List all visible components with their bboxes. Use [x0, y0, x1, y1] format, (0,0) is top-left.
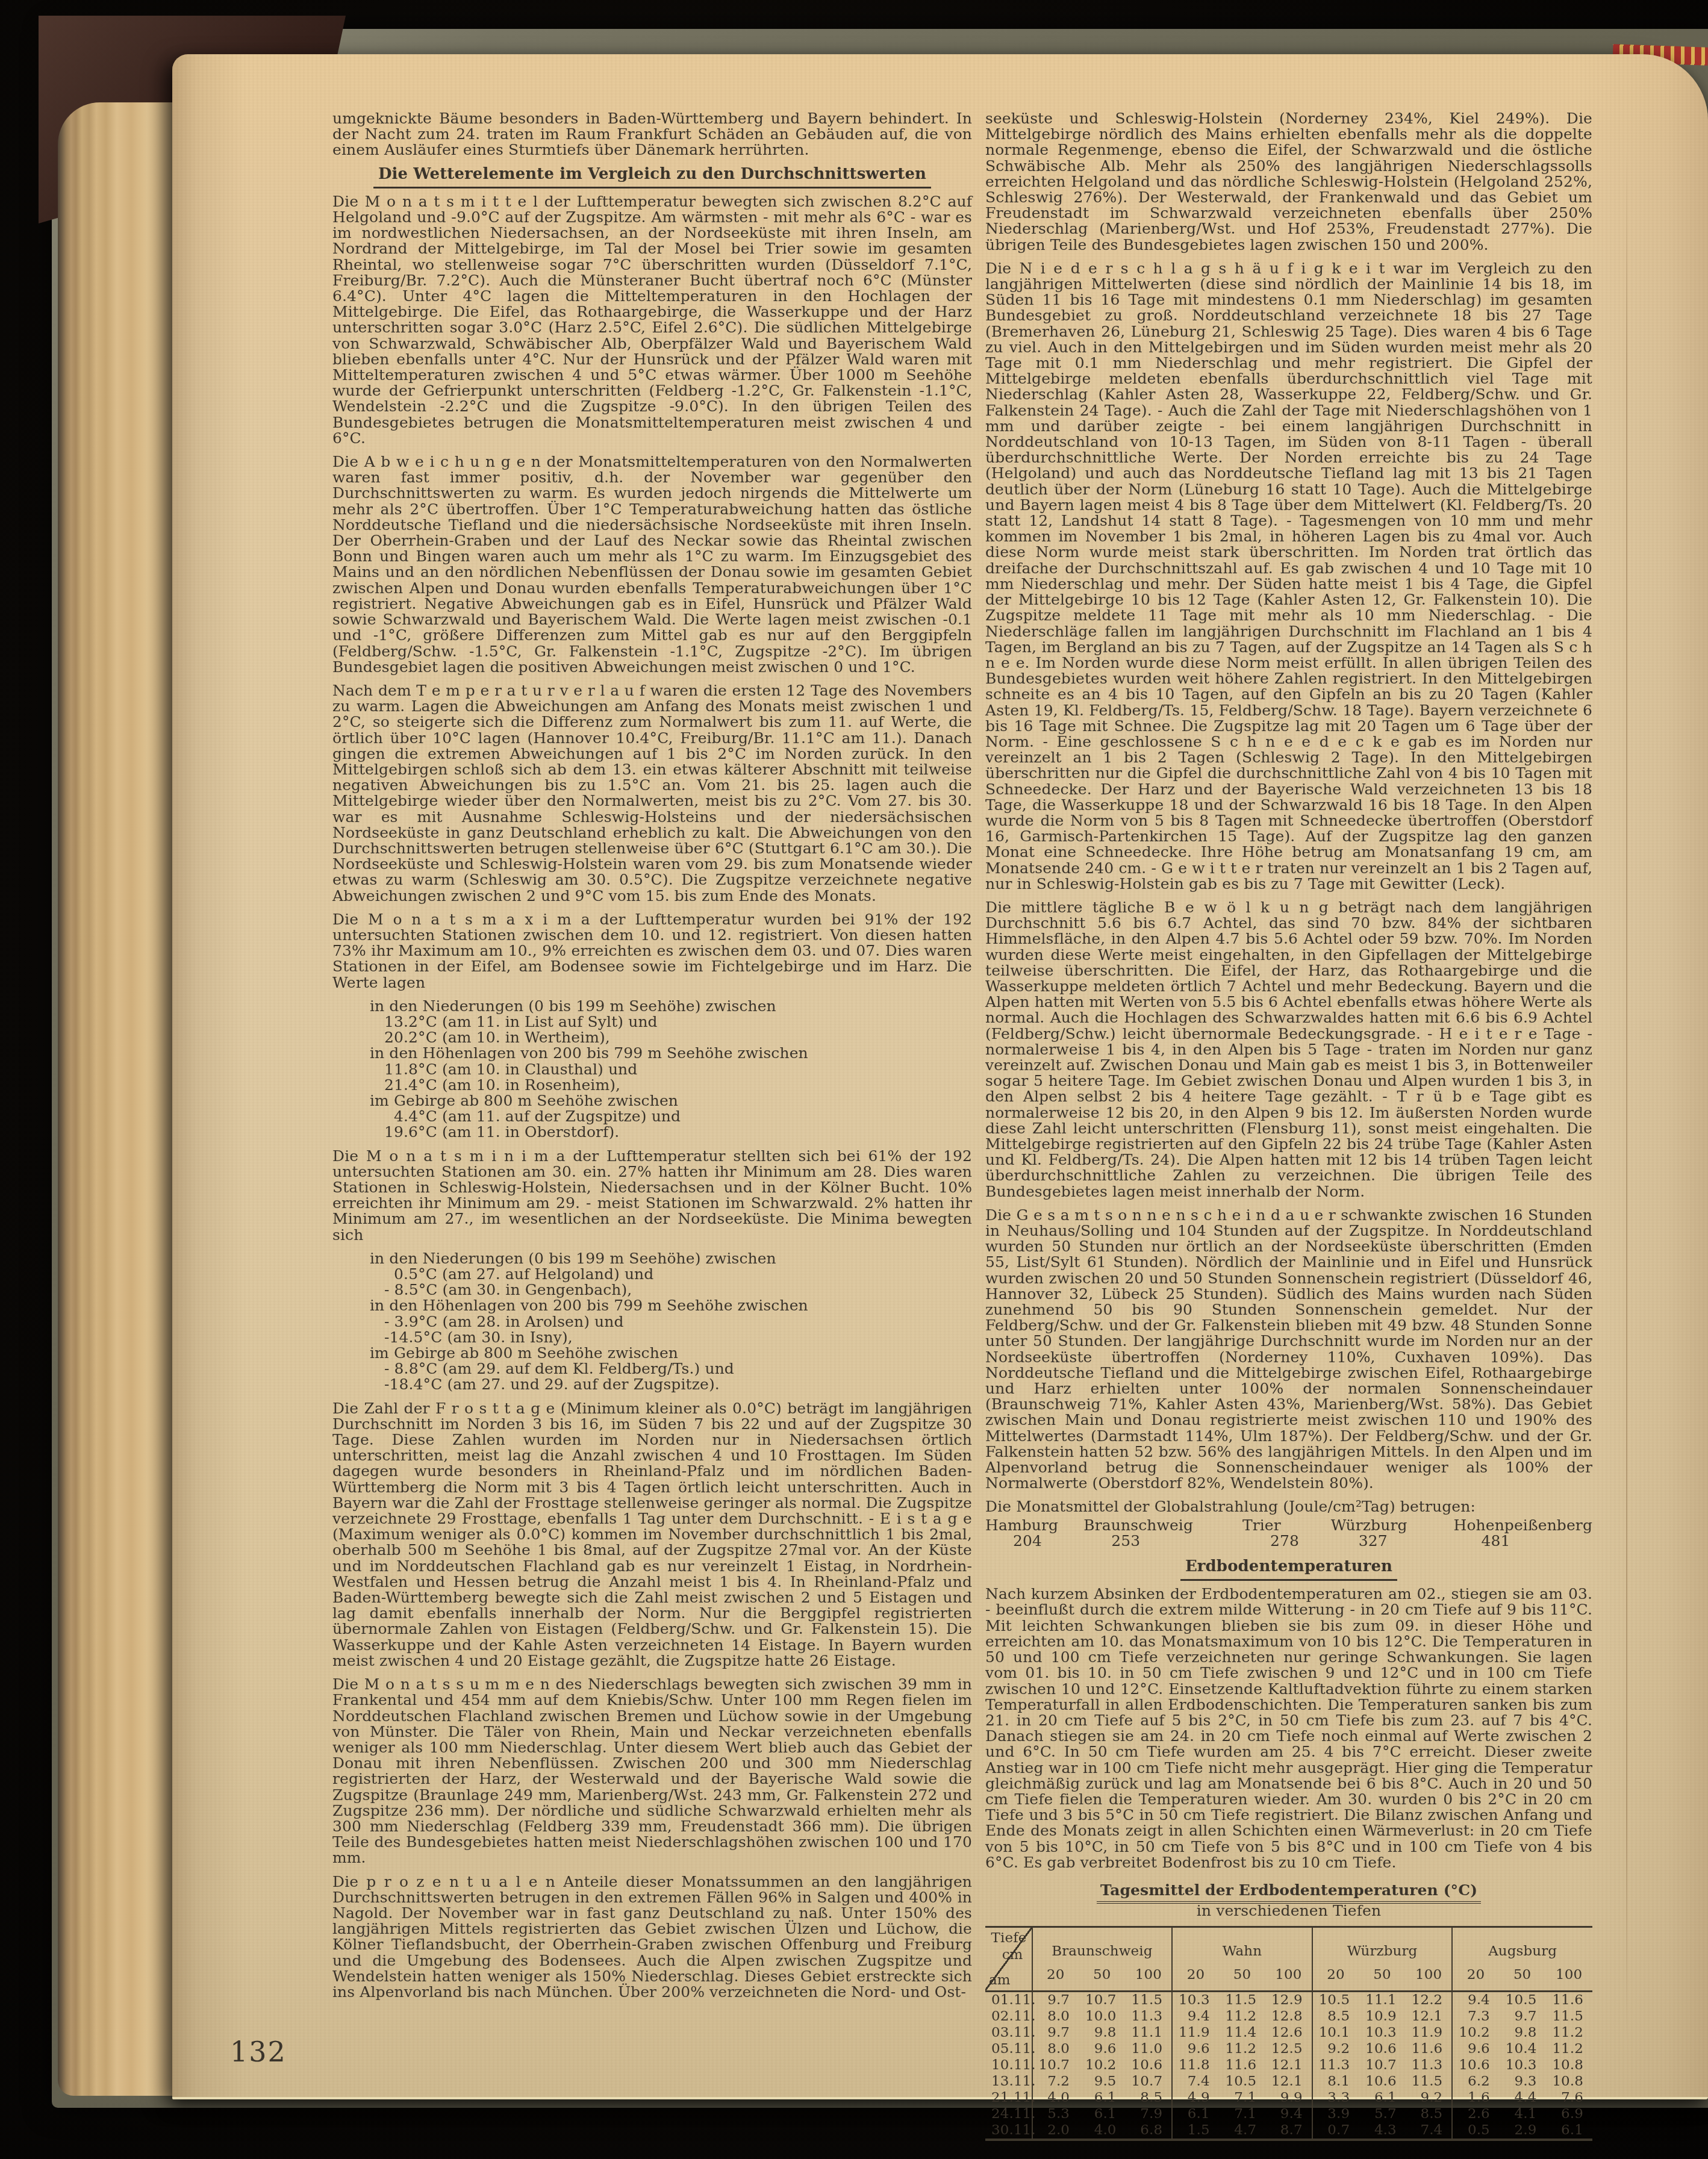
- soil-table-value-cell: 8.7: [1265, 2122, 1312, 2140]
- soil-table-value-cell: 6.1: [1079, 2106, 1126, 2122]
- soil-table-value-cell: 7.2: [1032, 2073, 1079, 2090]
- soil-table-date-cell: 30.11.: [985, 2122, 1032, 2140]
- soil-table-value-cell: 10.0: [1079, 2008, 1126, 2025]
- radiation-station: Braunschweig253: [1083, 1518, 1242, 1549]
- soil-table-value-cell: 2.6: [1452, 2106, 1499, 2122]
- soil-table-value-cell: 11.5: [1406, 2073, 1453, 2090]
- soil-table-value-cell: 8.0: [1032, 2008, 1079, 2025]
- soil-table-value-cell: 9.3: [1499, 2073, 1546, 2090]
- soil-table-value-cell: 9.7: [1032, 1992, 1079, 2009]
- soil-table-value-cell: 0.7: [1312, 2122, 1359, 2140]
- soil-table-date-cell: 02.11.: [985, 2008, 1032, 2025]
- soil-table-value-cell: 9.9: [1265, 2090, 1312, 2106]
- soil-table-value-cell: 10.6: [1359, 2073, 1406, 2090]
- station-name: Hohenpeißenberg: [1454, 1518, 1593, 1533]
- value-list-line: 20.2°C (am 10. in Wertheim),: [384, 1030, 972, 1045]
- soil-table-depth-header: 50: [1079, 1961, 1126, 1992]
- soil-table-station-header: Braunschweig: [1032, 1927, 1173, 1961]
- soil-table-depth-row: 2050100205010020501002050100: [985, 1961, 1592, 1992]
- page-number: 132: [230, 2036, 287, 2068]
- station-name: Braunschweig: [1083, 1518, 1242, 1533]
- table-title: Tagesmittel der Erdbodentemperaturen (°C…: [985, 1883, 1592, 1919]
- soil-table-value-cell: 9.8: [1499, 2025, 1546, 2041]
- soil-table-date-cell: 21.11.: [985, 2090, 1032, 2106]
- soil-table-value-cell: 4.0: [1079, 2122, 1126, 2140]
- table-row: 24.11.5.36.17.96.17.19.43.95.78.52.64.16…: [985, 2106, 1592, 2122]
- soil-table-depth-header: 20: [1172, 1961, 1219, 1992]
- soil-table-value-cell: 11.0: [1126, 2041, 1173, 2057]
- station-name: Trier: [1242, 1518, 1331, 1533]
- soil-table-value-cell: 11.6: [1406, 2041, 1453, 2057]
- soil-table-value-cell: 8.5: [1406, 2106, 1453, 2122]
- soil-table-value-cell: 3.3: [1312, 2090, 1359, 2106]
- soil-table-value-cell: 10.5: [1219, 2073, 1266, 2090]
- left-column: umgeknickte Bäume besonders in Baden-Wür…: [332, 111, 972, 2008]
- soil-table-value-cell: 12.1: [1406, 2008, 1453, 2025]
- soil-table-value-cell: 2.9: [1499, 2122, 1546, 2140]
- soil-table-value-cell: 9.2: [1312, 2041, 1359, 2057]
- soil-table-value-cell: 9.7: [1032, 2025, 1079, 2041]
- soil-table-value-cell: 1.6: [1452, 2090, 1499, 2106]
- soil-table-value-cell: 4.0: [1032, 2090, 1079, 2106]
- soil-table-depth-header: 100: [1126, 1961, 1173, 1992]
- soil-table-date-cell: 03.11.: [985, 2025, 1032, 2041]
- soil-table-value-cell: 11.5: [1545, 2008, 1592, 2025]
- soil-table-value-cell: 10.7: [1359, 2057, 1406, 2073]
- table-subtitle: in verschiedenen Tiefen: [985, 1903, 1592, 1919]
- soil-table-value-cell: 12.9: [1265, 1992, 1312, 2009]
- radiation-stations: Hamburg204Braunschweig253Trier278Würzbur…: [985, 1518, 1592, 1549]
- soil-table-value-cell: 7.6: [1545, 2090, 1592, 2106]
- soil-table-value-cell: 12.8: [1265, 2008, 1312, 2025]
- soil-temperature-table: TiefecmamBraunschweigWahnWürzburgAugsbur…: [985, 1926, 1592, 2141]
- soil-table-value-cell: 6.1: [1545, 2122, 1592, 2140]
- section-heading: Die Wetterelemente im Vergleich zu den D…: [332, 166, 972, 182]
- soil-table-value-cell: 11.6: [1545, 1992, 1592, 2009]
- paragraph: Die Zahl der F r o s t t a g e (Minimum …: [332, 1401, 972, 1669]
- value-list: in den Niederungen (0 bis 199 m Seehöhe)…: [332, 1251, 972, 1393]
- soil-table-value-cell: 7.4: [1172, 2073, 1219, 2090]
- soil-table-value-cell: 11.4: [1219, 2025, 1266, 2041]
- soil-table-value-cell: 4.4: [1499, 2090, 1546, 2106]
- paragraph: umgeknickte Bäume besonders in Baden-Wür…: [332, 111, 972, 158]
- soil-table-value-cell: 5.3: [1032, 2106, 1079, 2122]
- value-list-line: in den Höhenlagen von 200 bis 799 m Seeh…: [370, 1045, 972, 1061]
- soil-table-value-cell: 10.7: [1032, 2057, 1079, 2073]
- table-title-text: Tagesmittel der Erdbodentemperaturen (°C…: [1097, 1881, 1481, 1904]
- paragraph: Die M o n a t s m i n i m a der Lufttemp…: [332, 1148, 972, 1243]
- paragraph: Die G e s a m t s o n n e n s c h e i n …: [985, 1207, 1592, 1492]
- value-list-line: -14.5°C (am 30. in Isny),: [384, 1330, 972, 1345]
- value-list-line: im Gebirge ab 800 m Seehöhe zwischen: [370, 1093, 972, 1109]
- value-list-line: - 8.5°C (am 30. in Gengenbach),: [384, 1282, 972, 1298]
- soil-table-value-cell: 9.4: [1452, 1992, 1499, 2009]
- table-row: 30.11.2.04.06.81.54.78.70.74.37.40.52.96…: [985, 2122, 1592, 2140]
- soil-table-value-cell: 7.9: [1126, 2106, 1173, 2122]
- page-curve-line: [1626, 151, 1627, 2042]
- value-list-line: 21.4°C (am 10. in Rosenheim),: [384, 1077, 972, 1093]
- photo-backdrop: umgeknickte Bäume besonders in Baden-Wür…: [0, 0, 1708, 2159]
- soil-table-value-cell: 10.6: [1359, 2041, 1406, 2057]
- soil-table-value-cell: 11.2: [1545, 2041, 1592, 2057]
- table-row: 10.11.10.710.210.611.811.612.111.310.711…: [985, 2057, 1592, 2073]
- paragraph: Die M o n a t s m a x i m a der Lufttemp…: [332, 912, 972, 991]
- soil-table-value-cell: 11.6: [1219, 2057, 1266, 2073]
- soil-table-value-cell: 11.2: [1219, 2041, 1266, 2057]
- soil-table-date-cell: 13.11.: [985, 2073, 1032, 2090]
- soil-table-value-cell: 10.5: [1499, 1992, 1546, 2009]
- soil-table-value-cell: 12.1: [1265, 2057, 1312, 2073]
- value-list-line: 4.4°C (am 11. auf der Zugspitze) und: [384, 1109, 972, 1124]
- soil-table-depth-header: 50: [1359, 1961, 1406, 1992]
- section-heading-text: Die Wetterelemente im Vergleich zu den D…: [373, 165, 931, 188]
- paragraph: Die mittlere tägliche B e w ö l k u n g …: [985, 900, 1592, 1200]
- table-row: 03.11.9.79.811.111.911.412.610.110.311.9…: [985, 2025, 1592, 2041]
- soil-table-value-cell: 9.6: [1452, 2041, 1499, 2057]
- paragraph: Die M o n a t s m i t t e l der Lufttemp…: [332, 194, 972, 446]
- value-list-line: in den Niederungen (0 bis 199 m Seehöhe)…: [370, 1251, 972, 1266]
- paragraph: Nach kurzem Absinken der Erdbodentempera…: [985, 1586, 1592, 1871]
- book-page: umgeknickte Bäume besonders in Baden-Wür…: [172, 54, 1708, 2099]
- soil-table-value-cell: 12.2: [1406, 1992, 1453, 2009]
- soil-table-value-cell: 11.1: [1126, 2025, 1173, 2041]
- soil-table-value-cell: 9.5: [1079, 2073, 1126, 2090]
- soil-table-value-cell: 9.8: [1079, 2025, 1126, 2041]
- soil-table-value-cell: 10.6: [1452, 2057, 1499, 2073]
- section-heading: Erdbodentemperaturen: [985, 1559, 1592, 1574]
- station-name: Würzburg: [1331, 1518, 1454, 1533]
- soil-table-station-header: Würzburg: [1312, 1927, 1453, 1961]
- soil-table-depth-header: 50: [1219, 1961, 1266, 1992]
- soil-table-depth-header: 50: [1499, 1961, 1546, 1992]
- radiation-station: Trier278: [1242, 1518, 1331, 1549]
- soil-table-body: 01.11.9.710.711.510.311.512.910.511.112.…: [985, 1992, 1592, 2140]
- soil-table-value-cell: 12.6: [1265, 2025, 1312, 2041]
- radiation-station: Würzburg327: [1331, 1518, 1454, 1549]
- value-list-line: im Gebirge ab 800 m Seehöhe zwischen: [370, 1345, 972, 1361]
- value-list: in den Niederungen (0 bis 199 m Seehöhe)…: [332, 998, 972, 1141]
- soil-table-date-cell: 10.11.: [985, 2057, 1032, 2073]
- soil-table-station-header: Wahn: [1172, 1927, 1312, 1961]
- soil-table-value-cell: 6.1: [1359, 2090, 1406, 2106]
- soil-table-value-cell: 10.3: [1172, 1992, 1219, 2009]
- soil-table-value-cell: 4.9: [1172, 2090, 1219, 2106]
- page-stack-edges: [58, 102, 185, 2096]
- soil-table-value-cell: 7.1: [1219, 2106, 1266, 2122]
- paragraph: Die M o n a t s s u m m e n des Niedersc…: [332, 1677, 972, 1866]
- soil-table-value-cell: 11.3: [1312, 2057, 1359, 2073]
- soil-table-value-cell: 8.5: [1312, 2008, 1359, 2025]
- value-list-line: 0.5°C (am 27. auf Helgoland) und: [384, 1266, 972, 1282]
- soil-table-value-cell: 10.7: [1079, 1992, 1126, 2009]
- paragraph: seeküste und Schleswig-Holstein (Nordern…: [985, 111, 1592, 253]
- soil-table-value-cell: 7.4: [1406, 2122, 1453, 2140]
- soil-table-value-cell: 11.9: [1406, 2025, 1453, 2041]
- soil-table-value-cell: 6.2: [1452, 2073, 1499, 2090]
- soil-table-value-cell: 4.3: [1359, 2122, 1406, 2140]
- soil-table-value-cell: 10.3: [1499, 2057, 1546, 2073]
- soil-table-value-cell: 6.8: [1126, 2122, 1173, 2140]
- paragraph: Die N i e d e r s c h l a g s h ä u f i …: [985, 261, 1592, 892]
- table-row: 05.11.8.09.611.09.611.212.59.210.611.69.…: [985, 2041, 1592, 2057]
- soil-table-value-cell: 3.9: [1312, 2106, 1359, 2122]
- soil-table-value-cell: 11.1: [1359, 1992, 1406, 2009]
- soil-table-depth-header: 100: [1545, 1961, 1592, 1992]
- soil-table-value-cell: 9.2: [1406, 2090, 1453, 2106]
- corner-label-cm: cm: [1002, 1947, 1023, 1963]
- soil-table-value-cell: 7.3: [1452, 2008, 1499, 2025]
- soil-table-station-header: Augsburg: [1452, 1927, 1592, 1961]
- paragraph: Die A b w e i c h u n g e n der Monatsmi…: [332, 454, 972, 675]
- soil-table-value-cell: 11.2: [1545, 2025, 1592, 2041]
- paragraph: Die p r o z e n t u a l e n Anteile dies…: [332, 1874, 972, 2001]
- section-heading-text: Erdbodentemperaturen: [1180, 1557, 1397, 1581]
- value-list-line: - 8.8°C (am 29. auf dem Kl. Feldberg/Ts.…: [384, 1361, 972, 1377]
- soil-table-value-cell: 10.7: [1126, 2073, 1173, 2090]
- value-list-line: 13.2°C (am 11. in List auf Sylt) und: [384, 1014, 972, 1030]
- soil-table-value-cell: 6.1: [1079, 2090, 1126, 2106]
- soil-table-value-cell: 6.1: [1172, 2106, 1219, 2122]
- table-row: 13.11.7.29.510.77.410.512.18.110.611.56.…: [985, 2073, 1592, 2090]
- soil-table-head: TiefecmamBraunschweigWahnWürzburgAugsbur…: [985, 1927, 1592, 1992]
- soil-table-value-cell: 10.8: [1545, 2073, 1592, 2090]
- radiation-station: Hohenpeißenberg481: [1454, 1518, 1593, 1549]
- soil-table-value-cell: 6.9: [1545, 2106, 1592, 2122]
- station-value: 481: [1454, 1533, 1593, 1549]
- soil-table-corner-cell: Tiefecmam: [985, 1927, 1032, 1992]
- soil-table-value-cell: 10.8: [1545, 2057, 1592, 2073]
- soil-table-value-cell: 11.9: [1172, 2025, 1219, 2041]
- soil-table-depth-header: 100: [1265, 1961, 1312, 1992]
- soil-table-group-row: TiefecmamBraunschweigWahnWürzburgAugsbur…: [985, 1927, 1592, 1961]
- soil-table-value-cell: 11.8: [1172, 2057, 1219, 2073]
- value-list-line: - 3.9°C (am 28. in Arolsen) und: [384, 1314, 972, 1330]
- soil-table-value-cell: 9.7: [1499, 2008, 1546, 2025]
- soil-table-date-cell: 01.11.: [985, 1992, 1032, 2009]
- soil-table-value-cell: 8.0: [1032, 2041, 1079, 2057]
- soil-table-value-cell: 12.1: [1265, 2073, 1312, 2090]
- station-name: Hamburg: [985, 1518, 1083, 1533]
- soil-table-value-cell: 8.1: [1312, 2073, 1359, 2090]
- soil-table-value-cell: 4.1: [1499, 2106, 1546, 2122]
- corner-label-am: am: [989, 1972, 1011, 1988]
- soil-table-value-cell: 4.7: [1219, 2122, 1266, 2140]
- paragraph: Nach dem T e m p e r a t u r v e r l a u…: [332, 683, 972, 904]
- soil-table-value-cell: 11.5: [1126, 1992, 1173, 2009]
- soil-table-value-cell: 11.5: [1219, 1992, 1266, 2009]
- value-list-line: in den Niederungen (0 bis 199 m Seehöhe)…: [370, 998, 972, 1014]
- station-value: 204: [985, 1533, 1083, 1549]
- soil-table-value-cell: 10.2: [1079, 2057, 1126, 2073]
- soil-table-value-cell: 2.0: [1032, 2122, 1079, 2140]
- right-column: seeküste und Schleswig-Holstein (Nordern…: [985, 111, 1592, 2141]
- soil-table-date-cell: 24.11.: [985, 2106, 1032, 2122]
- soil-table-value-cell: 11.3: [1406, 2057, 1453, 2073]
- soil-table-value-cell: 10.6: [1126, 2057, 1173, 2073]
- soil-table-value-cell: 0.5: [1452, 2122, 1499, 2140]
- soil-table-value-cell: 9.6: [1172, 2041, 1219, 2057]
- soil-table-value-cell: 10.5: [1312, 1992, 1359, 2009]
- soil-table-value-cell: 9.6: [1079, 2041, 1126, 2057]
- soil-table-depth-header: 20: [1452, 1961, 1499, 1992]
- soil-table-value-cell: 10.3: [1359, 2025, 1406, 2041]
- soil-table-value-cell: 7.1: [1219, 2090, 1266, 2106]
- soil-table-value-cell: 9.4: [1265, 2106, 1312, 2122]
- soil-table-date-cell: 05.11.: [985, 2041, 1032, 2057]
- soil-table-depth-header: 100: [1406, 1961, 1453, 1992]
- soil-table-value-cell: 5.7: [1359, 2106, 1406, 2122]
- value-list-line: in den Höhenlagen von 200 bis 799 m Seeh…: [370, 1298, 972, 1313]
- soil-table-value-cell: 8.5: [1126, 2090, 1173, 2106]
- soil-table-value-cell: 12.5: [1265, 2041, 1312, 2057]
- station-value: 278: [1242, 1533, 1331, 1549]
- soil-table-value-cell: 10.1: [1312, 2025, 1359, 2041]
- soil-table-value-cell: 9.4: [1172, 2008, 1219, 2025]
- soil-table-depth-header: 20: [1032, 1961, 1079, 1992]
- radiation-intro: Die Monatsmittel der Globalstrahlung (Jo…: [985, 1499, 1592, 1515]
- soil-table-value-cell: 10.2: [1452, 2025, 1499, 2041]
- soil-table-value-cell: 1.5: [1172, 2122, 1219, 2140]
- station-value: 253: [1083, 1533, 1242, 1549]
- soil-table-depth-header: 20: [1312, 1961, 1359, 1992]
- corner-label-tiefe: Tiefe: [991, 1930, 1027, 1946]
- value-list-line: 11.8°C (am 10. in Clausthal) und: [384, 1062, 972, 1077]
- station-value: 327: [1331, 1533, 1454, 1549]
- table-row: 02.11.8.010.011.39.411.212.88.510.912.17…: [985, 2008, 1592, 2025]
- radiation-station: Hamburg204: [985, 1518, 1083, 1549]
- soil-table-value-cell: 10.9: [1359, 2008, 1406, 2025]
- table-row: 01.11.9.710.711.510.311.512.910.511.112.…: [985, 1992, 1592, 2009]
- soil-table-value-cell: 10.4: [1499, 2041, 1546, 2057]
- value-list-line: -18.4°C (am 27. und 29. auf der Zugspitz…: [384, 1377, 972, 1392]
- soil-table-value-cell: 11.2: [1219, 2008, 1266, 2025]
- table-row: 21.11.4.06.18.54.97.19.93.36.19.21.64.47…: [985, 2090, 1592, 2106]
- value-list-line: 19.6°C (am 11. in Oberstdorf).: [384, 1124, 972, 1140]
- soil-table-value-cell: 11.3: [1126, 2008, 1173, 2025]
